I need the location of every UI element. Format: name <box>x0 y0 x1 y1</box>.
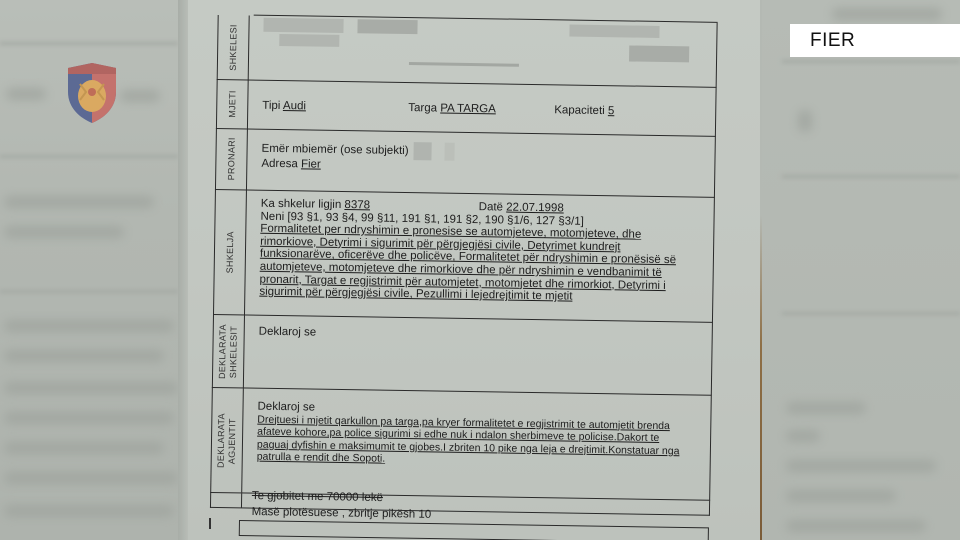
law-number: 8378 <box>344 199 370 211</box>
label-deklarata-shkelesit: DEKLARATA SHKELESIT <box>217 324 240 379</box>
label-shkelja: SHKELJA <box>224 231 236 273</box>
law-date-value: 22.07.1998 <box>506 202 564 215</box>
margin-mark <box>209 518 211 529</box>
section-deklarata-shkelesit: DEKLARATA SHKELESIT Deklaroj se <box>212 315 713 396</box>
section-deklarata-agjentit: DEKLARATA AGJENTIT Deklaroj se Drejtuesi… <box>210 388 712 501</box>
section-shkelesi: SHKELESI <box>217 15 718 88</box>
vehicle-capacity: Kapaciteti 5 <box>554 104 614 118</box>
vehicle-type: Tipi Audi <box>262 100 306 113</box>
offender-details-redacted <box>249 16 717 87</box>
offender-declaration: Deklaroj se <box>259 326 712 346</box>
vehicle-capacity-value: 5 <box>608 105 615 117</box>
section-shkelja: SHKELJA Ka shkelur ligjin 8378 Datë 22.0… <box>213 190 715 323</box>
law-date: Datë 22.07.1998 <box>479 201 564 215</box>
location-tag: FIER <box>790 24 960 57</box>
violation-form: SHKELESI MJETI Tipi Audi Targa PA TARGA <box>210 0 718 516</box>
label-deklarata-agjentit: DEKLARATA AGJENTIT <box>216 413 239 468</box>
vehicle-plate-value: PA TARGA <box>440 103 496 116</box>
vehicle-type-value: Audi <box>283 100 306 112</box>
location-tag-text: FIER <box>810 30 855 52</box>
label-pronari: PRONARI <box>226 138 238 181</box>
section-pronari: PRONARI Emër mbiemër (ose subjekti) Adre… <box>215 129 716 198</box>
section-mjeti: MJETI Tipi Audi Targa PA TARGA Kapacitet… <box>216 80 717 137</box>
label-shkelesi: SHKELESI <box>227 24 239 71</box>
blurred-background-right <box>762 0 960 540</box>
owner-address-value: Fier <box>301 158 321 170</box>
vehicle-plate: Targa PA TARGA <box>408 102 496 116</box>
label-mjeti: MJETI <box>227 90 238 118</box>
police-shield-logo-icon <box>66 62 118 124</box>
